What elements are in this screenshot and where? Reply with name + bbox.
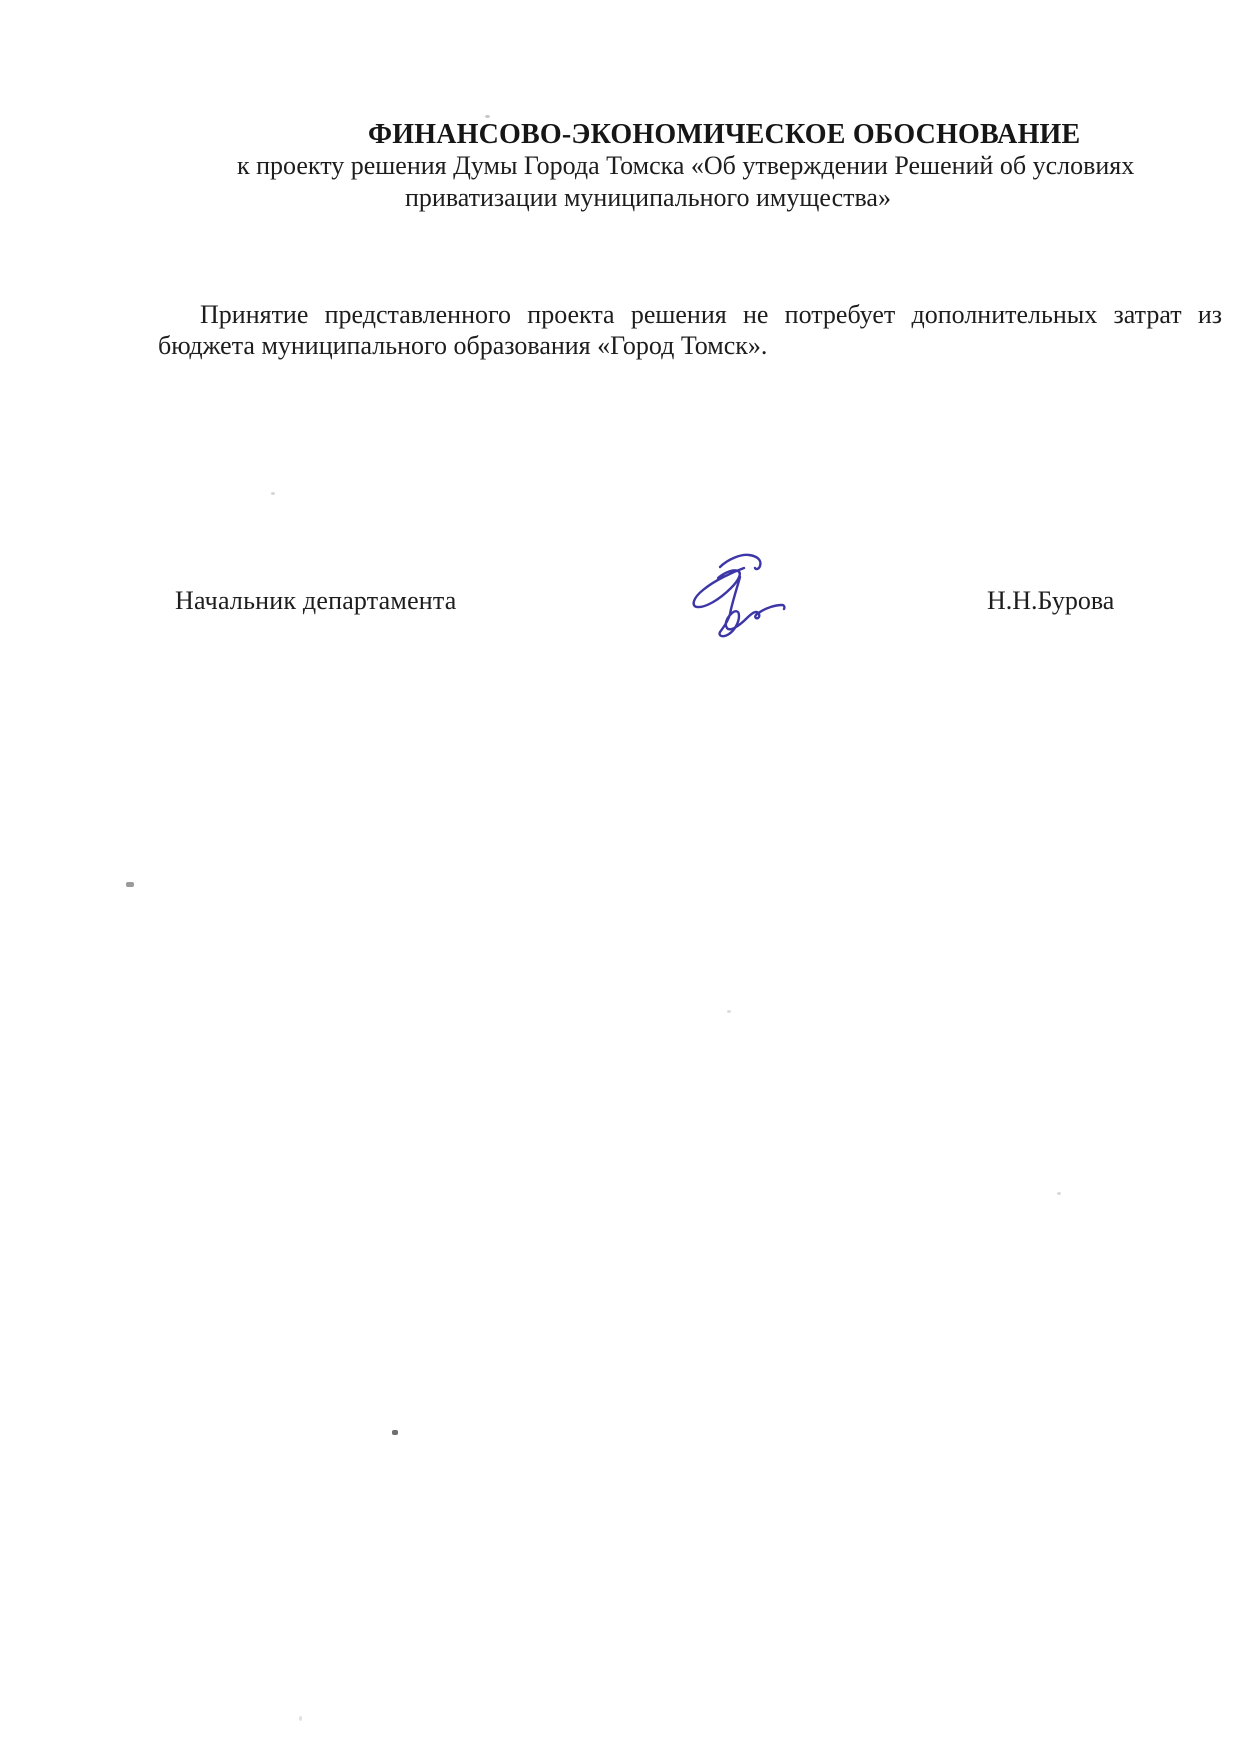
body-paragraph-line1: Принятие представленного проекта решения… [200,299,1222,330]
scan-artifact-speck [1057,1192,1061,1195]
handwritten-signature-ink [663,548,793,648]
scanned-document-page: ФИНАНСОВО-ЭКОНОМИЧЕСКОЕ ОБОСНОВАНИЕ к пр… [0,0,1240,1753]
document-title: ФИНАНСОВО-ЭКОНОМИЧЕСКОЕ ОБОСНОВАНИЕ [368,119,1080,151]
scan-artifact-speck [392,1430,398,1435]
signatory-role: Начальник департамента [175,586,457,616]
document-subtitle-line1: к проекту решения Думы Города Томска «Об… [237,151,1134,181]
body-paragraph-line2: бюджета муниципального образования «Горо… [158,330,1222,361]
document-subtitle-line2: приватизации муниципального имущества» [405,183,891,213]
scan-artifact-speck [485,115,490,118]
scan-artifact-speck [126,882,134,887]
signature-top-flourish [720,555,760,569]
body-paragraph: Принятие представленного проекта решения… [158,299,1222,361]
scan-artifact-speck [727,1010,731,1013]
signatory-name: Н.Н.Бурова [987,586,1114,616]
scan-artifact-speck [271,492,275,495]
scan-artifact-speck [299,1716,302,1721]
signature-tail-stroke [720,577,785,636]
